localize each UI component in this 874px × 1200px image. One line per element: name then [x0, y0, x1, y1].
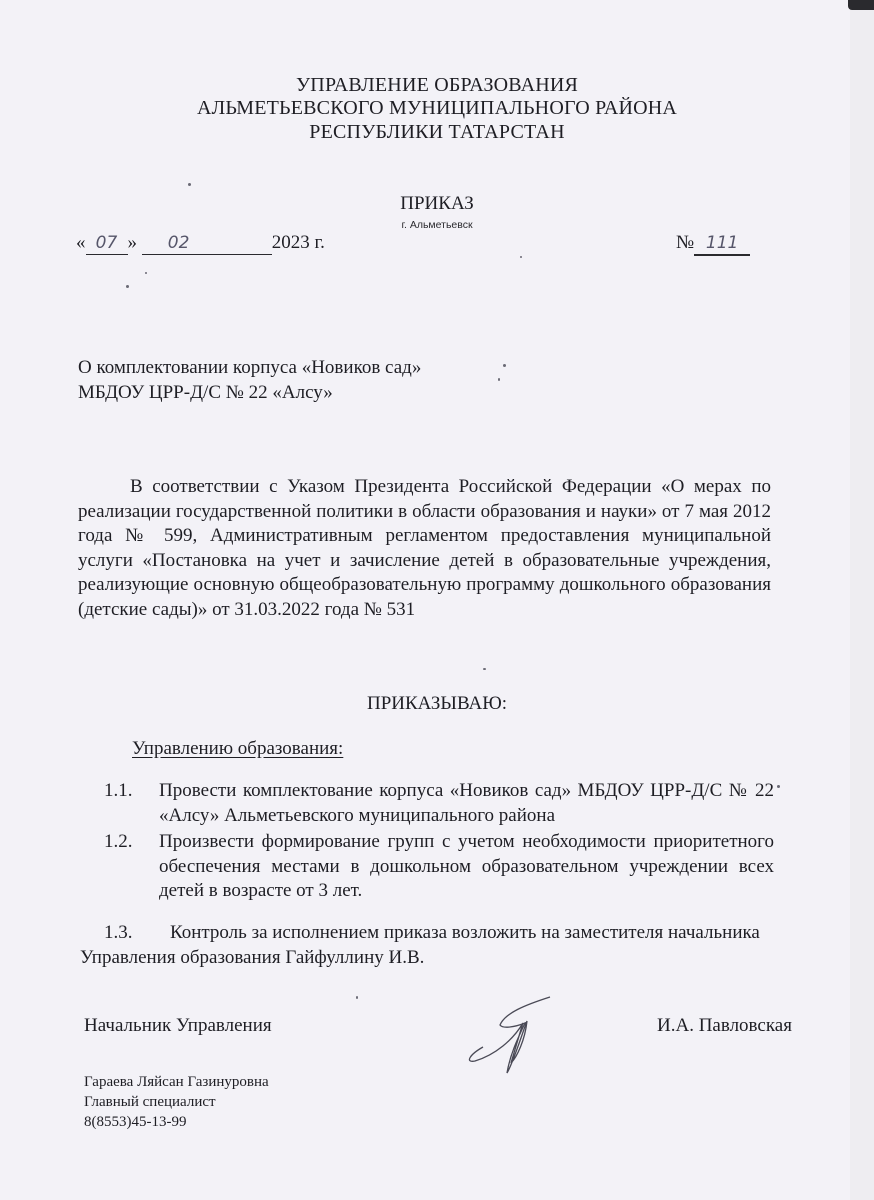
- scan-speck: [520, 256, 522, 258]
- handwritten-signature-icon: [455, 985, 565, 1080]
- subject-line-1: О комплектовании корпуса «Новиков сад»: [78, 356, 421, 380]
- document-number: №111: [676, 232, 750, 256]
- scan-speck: [777, 785, 780, 788]
- executor-position: Главный специалист: [84, 1092, 216, 1113]
- date-open-quote: «: [76, 232, 86, 253]
- date-year: 2023 г.: [272, 232, 325, 253]
- org-header-line-2: АЛЬМЕТЬЕВСКОГО МУНИЦИПАЛЬНОГО РАЙОНА: [0, 97, 874, 120]
- org-header-line-3: РЕСПУБЛИКИ ТАТАРСТАН: [0, 121, 874, 144]
- item-number: 1.2.: [104, 830, 133, 855]
- item-text: Контроль за исполнением приказа возложит…: [80, 922, 760, 968]
- scanned-document-page: УПРАВЛЕНИЕ ОБРАЗОВАНИЯ АЛЬМЕТЬЕВСКОГО МУ…: [0, 0, 874, 1200]
- org-header-line-1: УПРАВЛЕНИЕ ОБРАЗОВАНИЯ: [0, 74, 874, 97]
- number-handwritten: 111: [694, 232, 750, 256]
- scan-speck: [356, 996, 358, 999]
- document-type-title: ПРИКАЗ: [0, 193, 874, 215]
- executor-name: Гараева Ляйсан Газинуровна: [84, 1072, 269, 1093]
- executor-phone: 8(8553)45-13-99: [84, 1112, 186, 1133]
- scan-corner-mark: [848, 0, 874, 10]
- scan-speck: [498, 378, 500, 381]
- scan-edge: [850, 0, 874, 1200]
- order-heading: ПРИКАЗЫВАЮ:: [0, 693, 874, 715]
- signatory-name: И.А. Павловская: [657, 1015, 792, 1037]
- scan-speck: [145, 272, 147, 274]
- order-item-1-1: 1.1. Провести комплектование корпуса «Но…: [104, 779, 774, 828]
- scan-speck: [188, 183, 191, 186]
- order-item-1-3-text: Контроль за исполнением приказа возложит…: [80, 921, 773, 970]
- scan-speck: [503, 364, 506, 367]
- date-day-handwritten: 07: [86, 232, 128, 255]
- preamble-text: В соответствии с Указом Президента Росси…: [78, 476, 771, 620]
- item-number: 1.1.: [104, 779, 133, 804]
- scan-speck: [126, 285, 129, 288]
- order-item-1-2: 1.2. Произвести формирование групп с уче…: [104, 830, 774, 904]
- document-date: «07» 022023 г.: [76, 232, 325, 255]
- date-month-handwritten: 02: [142, 232, 272, 255]
- scan-speck: [483, 668, 486, 670]
- item-text: Провести комплектование корпуса «Новиков…: [159, 779, 774, 828]
- number-label: №: [676, 232, 694, 253]
- preamble-paragraph: В соответствии с Указом Президента Росси…: [78, 475, 771, 623]
- date-close-quote: »: [128, 232, 138, 253]
- subject-line-2: МБДОУ ЦРР-Д/С № 22 «Алсу»: [78, 381, 333, 405]
- signatory-position: Начальник Управления: [84, 1015, 272, 1037]
- item-text: Произвести формирование групп с учетом н…: [159, 830, 774, 904]
- addressee: Управлению образования:: [132, 738, 343, 760]
- document-city: г. Альметьевск: [0, 219, 874, 231]
